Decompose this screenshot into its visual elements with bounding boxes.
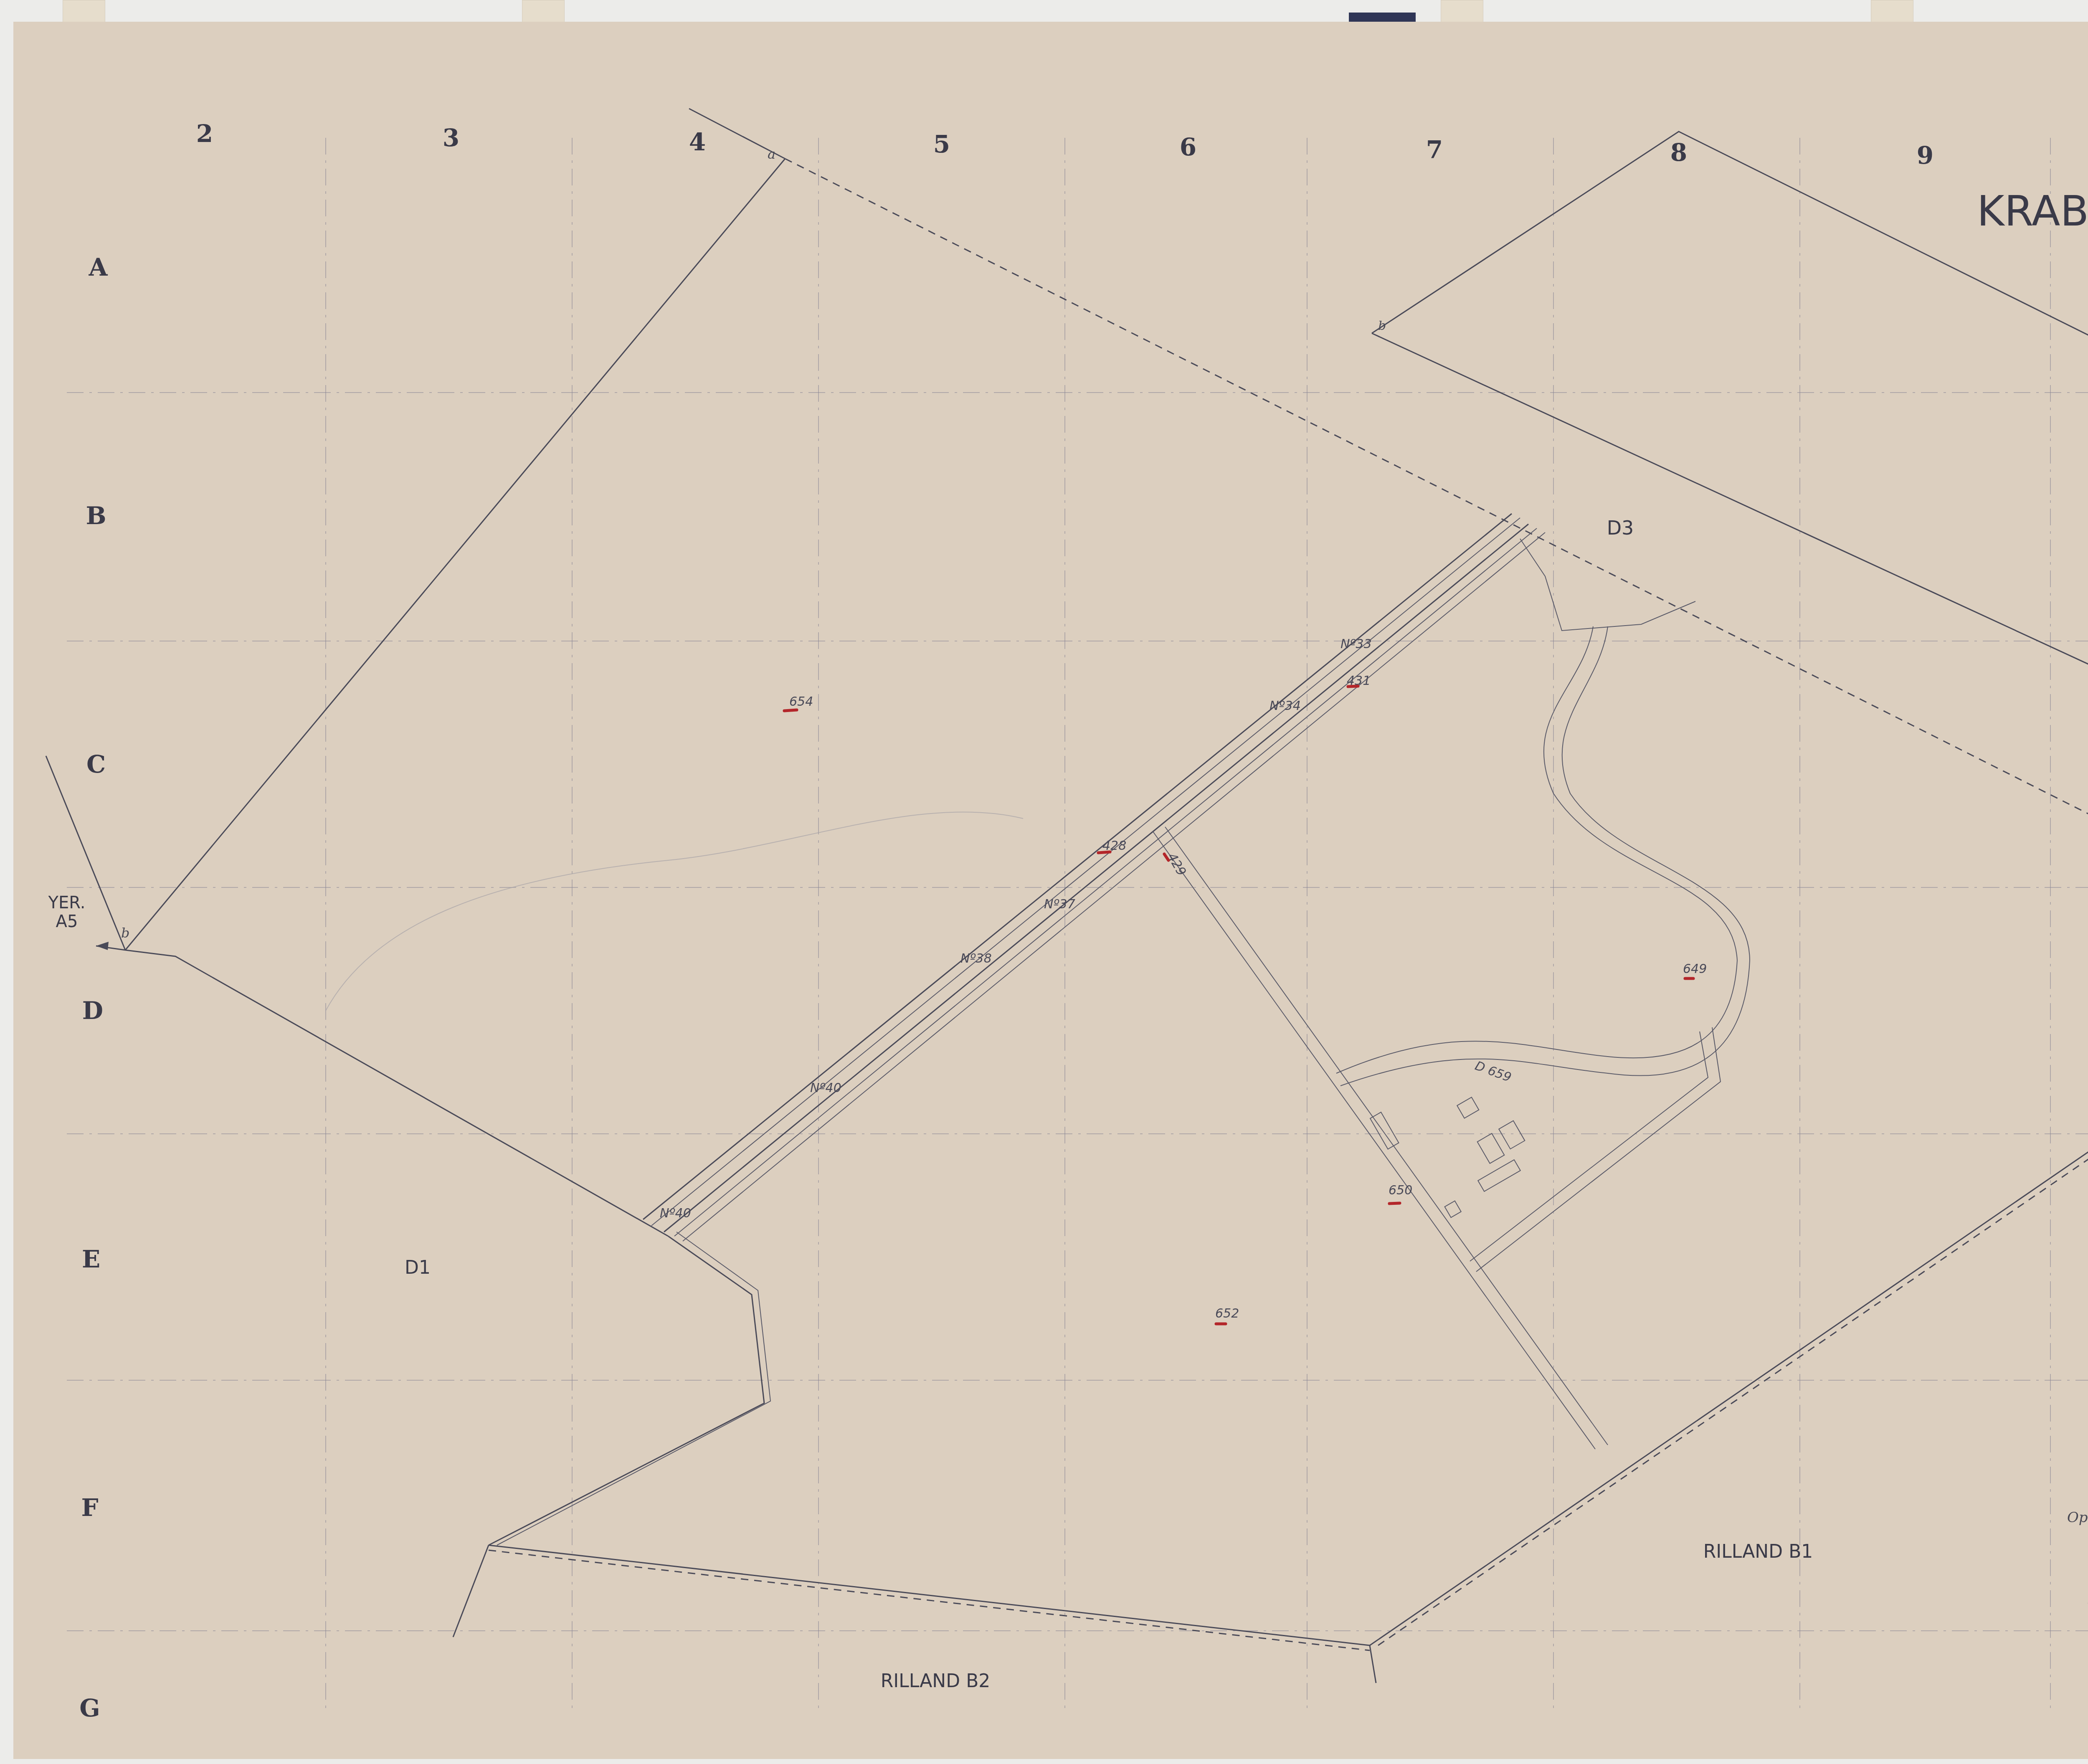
coordinate-grid bbox=[67, 138, 2088, 1712]
buildings bbox=[1370, 1097, 1525, 1217]
row-label: A bbox=[88, 253, 108, 281]
row-label: F bbox=[81, 1493, 98, 1522]
column-label: 3 bbox=[443, 124, 459, 152]
row-label: E bbox=[82, 1245, 100, 1273]
marker-label: Nº40 bbox=[660, 1206, 691, 1221]
marker-label: Nº37 bbox=[1044, 897, 1075, 912]
adjacent-sheet-label-d1: D1 bbox=[405, 1257, 431, 1278]
row-label: C bbox=[86, 750, 106, 778]
certification-line: Opgemaakt en deugdelijk verklaard bbox=[2067, 1509, 2088, 1526]
adjacent-label-yer: YER. bbox=[48, 893, 86, 912]
column-label: 4 bbox=[689, 128, 706, 156]
title-block: MIDDELBURG KRABBENDIJKE D2 SCHAAL 1:2500 bbox=[1977, 35, 2088, 274]
parcel-boundaries bbox=[46, 109, 2088, 1683]
column-label: 2 bbox=[196, 119, 213, 148]
parcel-number: 650 bbox=[1389, 1183, 1412, 1198]
column-label: 5 bbox=[933, 130, 950, 158]
binding-clip bbox=[1349, 13, 1416, 22]
column-label: 6 bbox=[1180, 133, 1196, 161]
adjacent-label-a5: A5 bbox=[56, 912, 78, 931]
corner-letter: b bbox=[121, 925, 129, 941]
map-stage: 2 3 4 5 6 7 8 9 A B C D E F G MIDDELBURG… bbox=[0, 0, 2088, 1764]
marker-label: Nº33 bbox=[1340, 637, 1372, 651]
column-label: 8 bbox=[1670, 138, 1687, 167]
adjacent-sheet-label-d3: D3 bbox=[1607, 517, 1634, 539]
adjacent-sheet-label-rilland-b1: RILLAND B1 bbox=[1703, 1541, 1813, 1562]
marker-label: Nº38 bbox=[960, 951, 992, 966]
row-label: B bbox=[86, 502, 106, 530]
pencil-parcel-note: D 659 bbox=[1473, 1059, 1513, 1085]
certification-block: Opgemaakt en deugdelijk verklaard Dordre… bbox=[2067, 1509, 2088, 1696]
column-label: 9 bbox=[1917, 141, 1933, 170]
parcel-number: 649 bbox=[1683, 962, 1707, 976]
parcel-number: 654 bbox=[789, 694, 813, 709]
column-label: 7 bbox=[1426, 135, 1443, 164]
row-label: D bbox=[82, 996, 103, 1025]
cadastral-map[interactable]: 2 3 4 5 6 7 8 9 A B C D E F G MIDDELBURG… bbox=[0, 0, 2088, 1764]
row-label: G bbox=[79, 1694, 100, 1722]
marker-label: Nº40 bbox=[810, 1081, 841, 1095]
adjacent-sheet-label-rilland-b2: RILLAND B2 bbox=[881, 1670, 991, 1692]
map-title: KRABBENDIJKE D2 bbox=[1977, 187, 2088, 236]
marker-label: Nº34 bbox=[1270, 699, 1301, 713]
corner-letter: b bbox=[1378, 319, 1386, 333]
corner-letter: a bbox=[768, 146, 775, 162]
row-labels: A B C D E F G bbox=[79, 253, 108, 1722]
parcel-numbers: 654 431 428 429 649 650 652 D 659 bbox=[784, 674, 1707, 1324]
parcel-number: 652 bbox=[1215, 1306, 1239, 1321]
